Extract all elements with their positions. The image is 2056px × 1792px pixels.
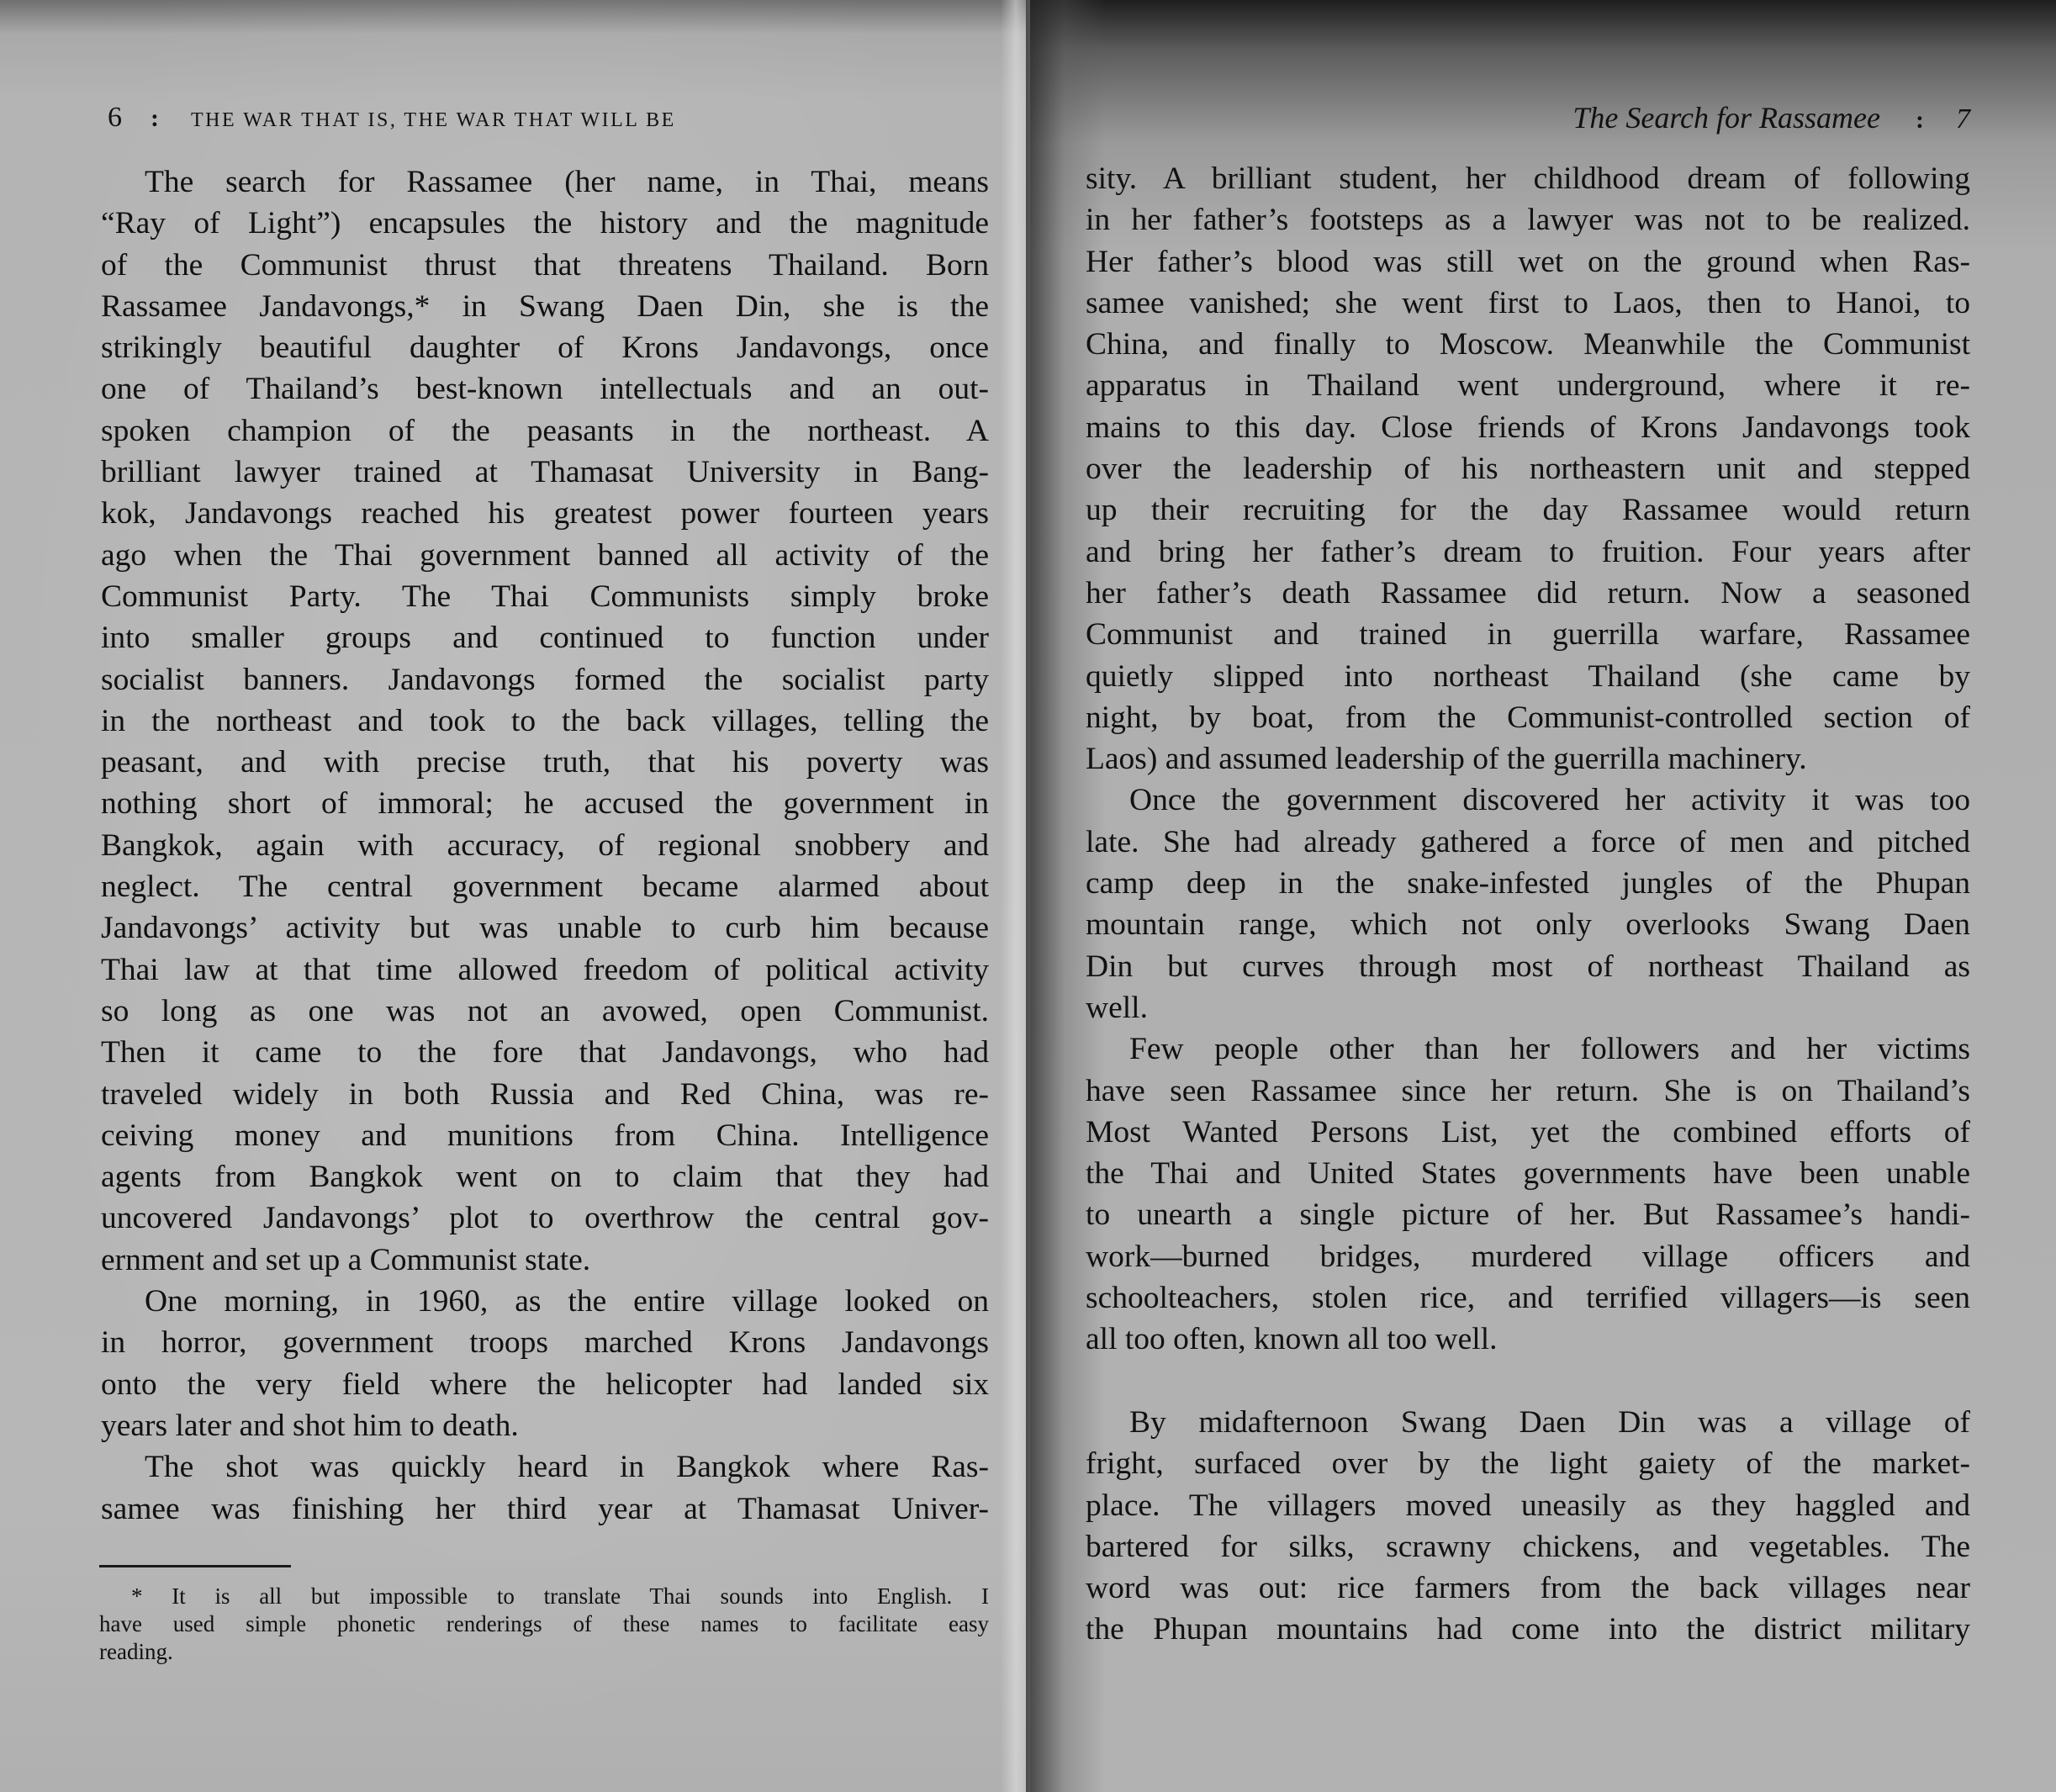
text-line: into smaller groups and continued to fun… [101,617,989,658]
text-line: night, by boat, from the Communist-contr… [1086,697,1970,738]
text-line: The shot was quickly heard in Bangkok wh… [101,1446,989,1488]
text-line: ernment and set up a Communist state. [101,1240,989,1281]
text-line: and bring her father’s dream to fruition… [1086,531,1970,573]
text-line: over the leadership of his northeastern … [1086,448,1970,489]
text-line: all too often, known all too well. [1086,1319,1970,1360]
text-line: kok, Jandavongs reached his greatest pow… [101,493,989,534]
text-line: apparatus in Thailand went underground, … [1086,365,1970,406]
text-line: Once the government discovered her activ… [1086,780,1970,821]
text-line: in her father’s footsteps as a lawyer wa… [1086,199,1970,241]
text-line: quietly slipped into northeast Thailand … [1086,656,1970,697]
text-line: up their recruiting for the day Rassamee… [1086,489,1970,531]
text-line: Few people other than her followers and … [1086,1028,1970,1070]
text-line: work—burned bridges, murdered village of… [1086,1236,1970,1277]
text-line: Jandavongs’ activity but was unable to c… [101,907,989,949]
text-line: Communist Party. The Thai Communists sim… [101,576,989,617]
text-line: ago when the Thai government banned all … [101,535,989,576]
text-line: mains to this day. Close friends of Kron… [1086,407,1970,448]
text-line: mountain range, which not only overlooks… [1086,904,1970,945]
text-line: strikingly beautiful daughter of Krons J… [101,327,989,368]
text-line: well. [1086,987,1970,1028]
chapter-title-header: The Search for Rassamee [1572,101,1880,135]
text-line: one of Thailand’s best-known intellectua… [101,368,989,410]
text-line: “Ray of Light”) encapsules the history a… [101,203,989,244]
text-line: have seen Rassamee since her return. She… [1086,1070,1970,1112]
text-line: samee was finishing her third year at Th… [101,1488,989,1530]
text-line: schoolteachers, stolen rice, and terrifi… [1086,1277,1970,1319]
text-line: of the Communist thrust that threatens T… [101,245,989,286]
text-line: ceiving money and munitions from China. … [101,1115,989,1156]
text-line: Communist and trained in guerrilla warfa… [1086,614,1970,655]
text-line: her father’s death Rassamee did return. … [1086,573,1970,614]
page-number-left: 6 [108,102,122,133]
text-line: Laos) and assumed leadership of the guer… [1086,738,1970,780]
left-page: 6:THE WAR THAT IS, THE WAR THAT WILL BE … [0,0,1026,1792]
footnote-rule [99,1565,291,1567]
header-separator: : [1916,106,1924,134]
text-line: Then it came to the fore that Jandavongs… [101,1032,989,1073]
text-line: China, and finally to Moscow. Meanwhile … [1086,324,1970,365]
text-line: word was out: rice farmers from the back… [1086,1567,1970,1609]
text-line: fright, surfaced over by the light gaiet… [1086,1443,1970,1484]
section-break [1086,1361,1970,1402]
text-line: Din but curves through most of northeast… [1086,946,1970,987]
right-running-head: The Search for Rassamee:7 [1572,101,1970,135]
text-line: neglect. The central government became a… [101,866,989,907]
left-body-text: The search for Rassamee (her name, in Th… [101,161,989,1530]
page-number-right: 7 [1956,103,1970,135]
header-separator: : [151,104,159,132]
text-line: spoken champion of the peasants in the n… [101,410,989,452]
text-line: samee vanished; she went first to Laos, … [1086,283,1970,324]
text-line: in the northeast and took to the back vi… [101,700,989,742]
text-line: agents from Bangkok went on to claim tha… [101,1156,989,1197]
text-line: Her father’s blood was still wet on the … [1086,241,1970,283]
text-line: Rassamee Jandavongs,* in Swang Daen Din,… [101,286,989,327]
text-line: Bangkok, again with accuracy, of regiona… [101,825,989,866]
right-page: The Search for Rassamee:7 sity. A brilli… [1030,0,2056,1792]
text-line: to unearth a single picture of her. But … [1086,1194,1970,1235]
text-line: traveled widely in both Russia and Red C… [101,1074,989,1115]
text-line: socialist banners. Jandavongs formed the… [101,659,989,700]
text-line: have used simple phonetic renderings of … [99,1610,989,1638]
book-title-header: THE WAR THAT IS, THE WAR THAT WILL BE [191,109,676,131]
text-line: late. She had already gathered a force o… [1086,822,1970,863]
text-line: in horror, government troops marched Kro… [101,1322,989,1363]
text-line: bartered for silks, scrawny chickens, an… [1086,1526,1970,1567]
text-line: uncovered Jandavongs’ plot to overthrow … [101,1197,989,1239]
text-line: The search for Rassamee (her name, in Th… [101,161,989,203]
text-line: years later and shot him to death. [101,1405,989,1446]
text-line: peasant, and with precise truth, that hi… [101,742,989,783]
text-line: Thai law at that time allowed freedom of… [101,949,989,991]
text-line: nothing short of immoral; he accused the… [101,783,989,824]
text-line: place. The villagers moved uneasily as t… [1086,1485,1970,1526]
text-line: the Phupan mountains had come into the d… [1086,1609,1970,1650]
text-line: Most Wanted Persons List, yet the combin… [1086,1112,1970,1153]
left-running-head: 6:THE WAR THAT IS, THE WAR THAT WILL BE [108,101,676,135]
text-line: By midafternoon Swang Daen Din was a vil… [1086,1402,1970,1443]
text-line: onto the very field where the helicopter… [101,1364,989,1405]
text-line: brilliant lawyer trained at Thamasat Uni… [101,452,989,493]
text-line: reading. [99,1638,989,1666]
text-line: sity. A brilliant student, her childhood… [1086,158,1970,199]
text-line: One morning, in 1960, as the entire vill… [101,1281,989,1322]
text-line: the Thai and United States governments h… [1086,1153,1970,1194]
right-body-text: sity. A brilliant student, her childhood… [1086,158,1970,1651]
footnote: * It is all but impossible to translate … [99,1583,989,1666]
text-line: so long as one was not an avowed, open C… [101,991,989,1032]
text-line: camp deep in the snake-infested jungles … [1086,863,1970,904]
text-line: * It is all but impossible to translate … [99,1583,989,1610]
